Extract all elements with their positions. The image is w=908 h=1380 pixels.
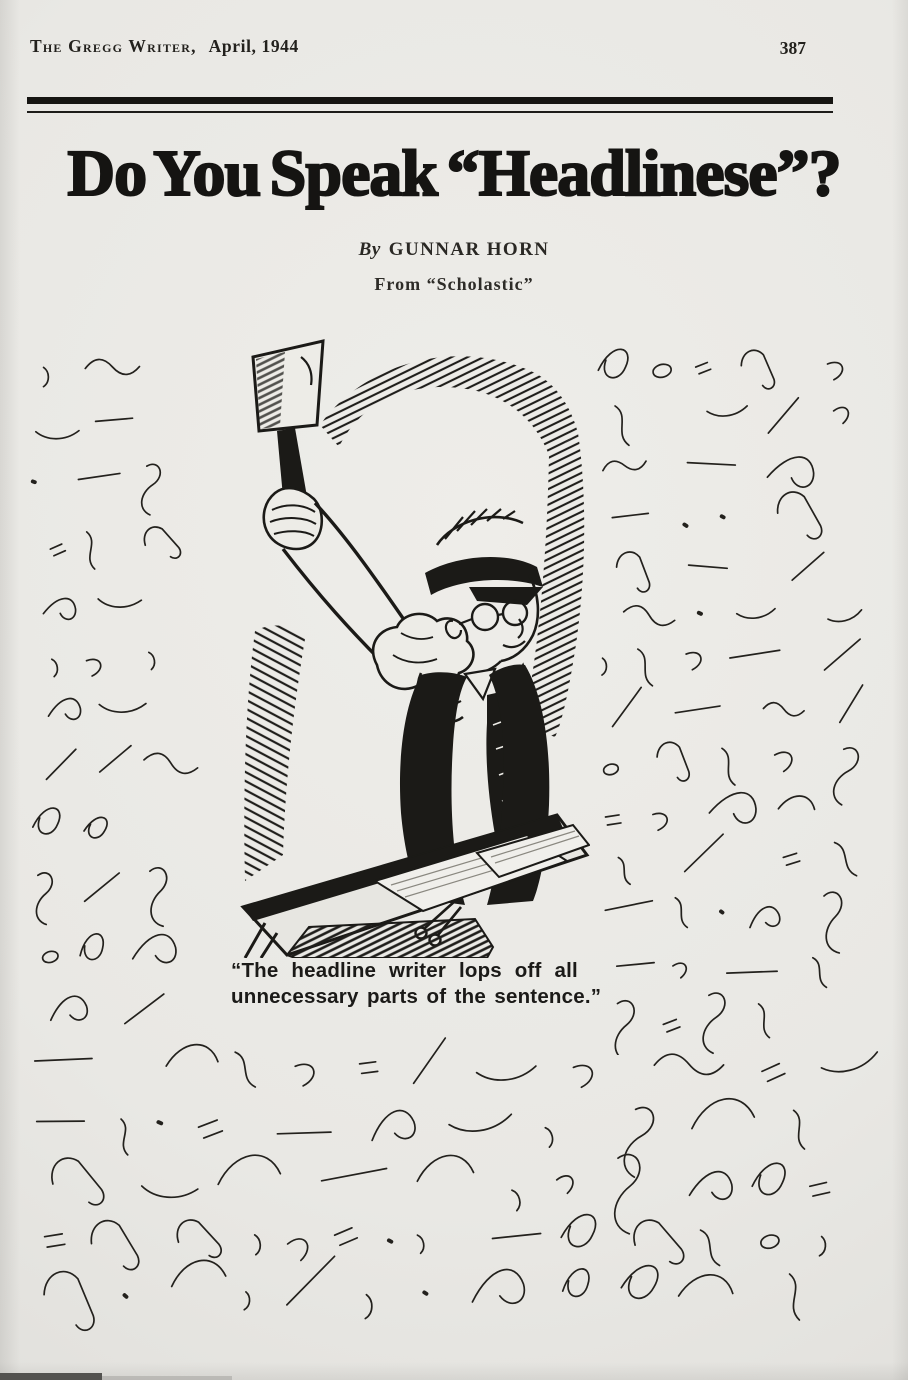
issue-date: April, 1944	[209, 36, 299, 56]
illustration-caption: “The headline writer lops off all unnece…	[231, 958, 587, 1010]
page-number: 387	[780, 38, 806, 59]
journal-name: The Gregg Writer,	[30, 36, 197, 56]
byline: ByGUNNAR HORN	[0, 239, 908, 261]
byline-author: GUNNAR HORN	[389, 239, 550, 260]
illustration-cartoon	[225, 333, 590, 958]
caption-line-1: “The headline writer lops off all	[231, 958, 587, 984]
shorthand-column-right	[592, 340, 892, 1055]
caption-line-2: unnecessary parts of the sentence.”	[231, 984, 587, 1010]
scan-edge-artifact-faint	[102, 1376, 232, 1380]
magazine-page: The Gregg Writer, April, 1944 387 Do You…	[0, 0, 908, 1380]
glasses	[459, 601, 527, 630]
cleaver	[253, 341, 323, 504]
source-credit: From “Scholastic”	[0, 274, 908, 295]
shorthand-column-left	[20, 340, 230, 1040]
article-title: Do You Speak “Headlinese”?	[0, 140, 908, 209]
shorthand-block-bottom	[20, 1036, 888, 1336]
scan-edge-artifact	[0, 1373, 102, 1380]
header-rule-thick	[27, 97, 833, 104]
header-rule-thin	[27, 111, 833, 113]
byline-prefix: By	[359, 239, 381, 260]
journal-header: The Gregg Writer, April, 1944	[30, 36, 299, 57]
